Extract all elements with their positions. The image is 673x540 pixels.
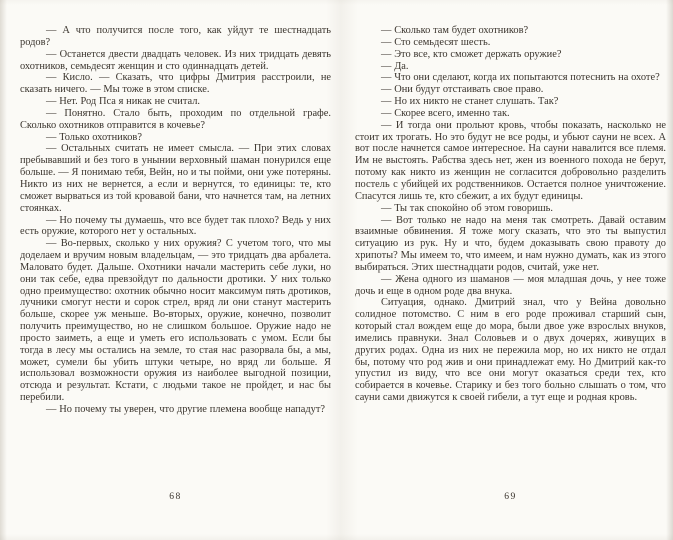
page-number-left: 68 [20, 491, 331, 502]
paragraph: — Скорее всего, именно так. [355, 108, 666, 120]
page-left-text: — А что получится после того, как уйдут … [20, 0, 331, 416]
book-spread: — А что получится после того, как уйдут … [0, 0, 673, 540]
paragraph: — Жена одного из шаманов — моя младшая д… [355, 274, 666, 298]
paragraph: — Сколько там будет охотников? [355, 25, 666, 37]
paragraph: — И тогда они прольют кровь, чтобы показ… [355, 120, 666, 203]
paragraph: — Но почему ты уверен, что другие племен… [20, 404, 331, 416]
paragraph: — Кисло. — Сказать, что цифры Дмитрия ра… [20, 72, 331, 96]
paragraph: — Только охотников? [20, 132, 331, 144]
paragraph: — Останется двести двадцать человек. Из … [20, 49, 331, 73]
paragraph: — Это все, кто сможет держать оружие? [355, 49, 666, 61]
paragraph: — Но почему ты думаешь, что все будет та… [20, 215, 331, 239]
paragraph: — Сто семьдесят шесть. [355, 37, 666, 49]
paragraph: — Что они сделают, когда их попытаются п… [355, 72, 666, 84]
paragraph: — Остальных считать не имеет смысла. — П… [20, 143, 331, 214]
paragraph: — Но их никто не станет слушать. Так? [355, 96, 666, 108]
paragraph: — Ты так спокойно об этом говоришь. [355, 203, 666, 215]
paragraph: — Да. [355, 61, 666, 73]
page-right: — Сколько там будет охотников?— Сто семь… [355, 0, 666, 540]
paragraph: — Они будут отстаивать свое право. [355, 84, 666, 96]
paragraph: — Во-первых, сколько у них оружия? С уче… [20, 238, 331, 404]
paragraph: — Понятно. Стало быть, проходим по отдел… [20, 108, 331, 132]
page-gutter [331, 0, 355, 540]
paragraph: — Вот только не надо на меня так смотрет… [355, 215, 666, 274]
paragraph: — Нет. Род Пса я никак не считал. [20, 96, 331, 108]
page-number-right: 69 [355, 491, 666, 502]
paragraph: — А что получится после того, как уйдут … [20, 25, 331, 49]
page-right-text: — Сколько там будет охотников?— Сто семь… [355, 0, 666, 404]
page-left: — А что получится после того, как уйдут … [20, 0, 331, 540]
paragraph: Ситуация, однако. Дмитрий знал, что у Ве… [355, 297, 666, 404]
